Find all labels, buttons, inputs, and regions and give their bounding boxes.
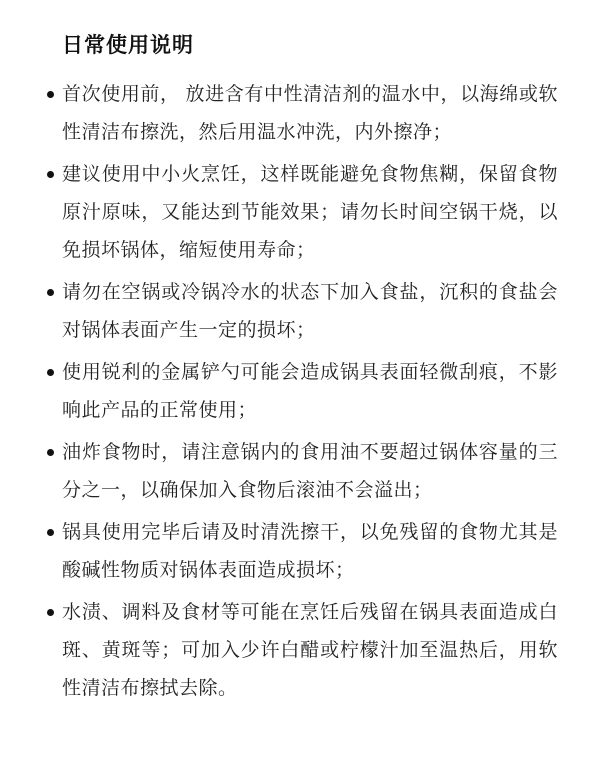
instruction-item: 使用锐利的金属铲勺可能会造成锅具表面轻微刮痕，不影响此产品的正常使用； [62,354,558,430]
instructions-list: 首次使用前， 放进含有中性清洁剂的温水中，以海绵或软性清洁布擦洗，然后用温水冲洗… [62,76,558,708]
instruction-item: 首次使用前， 放进含有中性清洁剂的温水中，以海绵或软性清洁布擦洗，然后用温水冲洗… [62,76,558,152]
instruction-item: 水渍、调料及食材等可能在烹饪后残留在锅具表面造成白斑、黄斑等；可加入少许白醋或柠… [62,594,558,708]
usage-instructions-page: 日常使用说明 首次使用前， 放进含有中性清洁剂的温水中，以海绵或软性清洁布擦洗，… [0,0,600,768]
instruction-item: 请勿在空锅或冷锅冷水的状态下加入食盐，沉积的食盐会对锅体表面产生一定的损坏； [62,274,558,350]
instruction-item: 油炸食物时，请注意锅内的食用油不要超过锅体容量的三分之一，以确保加入食物后滚油不… [62,434,558,510]
instruction-item: 建议使用中小火烹饪，这样既能避免食物焦糊，保留食物原汁原味，又能达到节能效果；请… [62,156,558,270]
page-title: 日常使用说明 [62,33,558,59]
instruction-item: 锅具使用完毕后请及时清洗擦干，以免残留的食物尤其是酸碱性物质对锅体表面造成损坏； [62,514,558,590]
